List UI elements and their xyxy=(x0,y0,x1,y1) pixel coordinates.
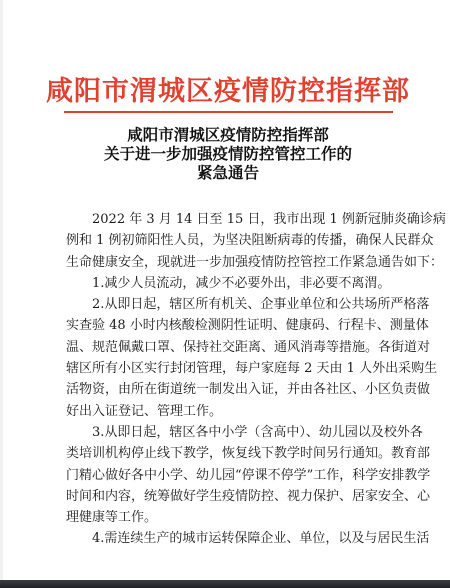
item-4-paragraph: 4.需连续生产的城市运转保障企业、单位，以及与居民生活 xyxy=(66,528,399,549)
body-line: 门精心做好各中小学、幼儿园“停课不停学”工作，科学安排教学 xyxy=(66,465,399,486)
body-line: 好出入证登记、管理工作。 xyxy=(66,401,399,422)
notice-title: 咸阳市渭城区疫情防控指挥部 关于进一步加强疫情防控管控工作的 紧急通告 xyxy=(3,125,450,182)
body-line: 2.从即日起，辖区所有机关、企事业单位和公共场所严格落 xyxy=(66,294,399,315)
notice-title-line-3: 紧急通告 xyxy=(3,163,450,182)
item-2-paragraph: 2.从即日起，辖区所有机关、企事业单位和公共场所严格落 实查验 48 小时内核酸… xyxy=(66,294,399,422)
body-line: 活物资，由所在街道统一制发出入证，并由各社区、小区负责做 xyxy=(66,379,399,400)
body-line: 生命健康安全，现就进一步加强疫情防控管控工作紧急通告如下： xyxy=(66,252,399,273)
viewer-bottom-bar xyxy=(0,580,450,588)
body-line: 1.减少人员流动，减少不必要外出，非必要不离渭。 xyxy=(66,273,399,294)
item-3-paragraph: 3.从即日起，辖区各中小学（含高中）、幼儿园以及校外各 类培训机构停止线下教学，… xyxy=(66,422,399,528)
body-line: 温、规范佩戴口罩、保持社交距离、通风消毒等措施。各街道对 xyxy=(66,337,399,358)
issuing-authority-header: 咸阳市渭城区疫情防控指挥部 xyxy=(3,74,450,110)
body-line: 4.需连续生产的城市运转保障企业、单位，以及与居民生活 xyxy=(66,528,399,549)
intro-paragraph: 2022 年 3 月 14 日至 15 日，我市出现 1 例新冠肺炎确诊病 例和… xyxy=(66,209,399,273)
notice-title-line-1: 咸阳市渭城区疫情防控指挥部 xyxy=(3,125,450,144)
body-line: 时间和内容，统筹做好学生疫情防控、视力保护、居家安全、心 xyxy=(66,486,399,507)
body-line: 理健康等工作。 xyxy=(66,507,399,528)
notice-body: 2022 年 3 月 14 日至 15 日，我市出现 1 例新冠肺炎确诊病 例和… xyxy=(66,209,399,550)
body-line: 3.从即日起，辖区各中小学（含高中）、幼儿园以及校外各 xyxy=(66,422,399,443)
notice-title-line-2: 关于进一步加强疫情防控管控工作的 xyxy=(3,144,450,163)
body-line: 辖区所有小区实行封闭管理，每户家庭每 2 天由 1 人外出采购生 xyxy=(66,358,399,379)
body-line: 例和 1 例初筛阳性人员，为坚决阻断病毒的传播，确保人民群众 xyxy=(66,230,399,251)
body-line: 类培训机构停止线下教学，恢复线下教学时间另行通知。教育部 xyxy=(66,443,399,464)
body-line: 实查验 48 小时内核酸检测阴性证明、健康码、行程卡、测量体 xyxy=(66,315,399,336)
item-1-paragraph: 1.减少人员流动，减少不必要外出，非必要不离渭。 xyxy=(66,273,399,294)
document-page: 咸阳市渭城区疫情防控指挥部 咸阳市渭城区疫情防控指挥部 关于进一步加强疫情防控管… xyxy=(0,0,450,580)
red-divider-line xyxy=(64,111,393,113)
body-line: 2022 年 3 月 14 日至 15 日，我市出现 1 例新冠肺炎确诊病 xyxy=(66,209,399,230)
